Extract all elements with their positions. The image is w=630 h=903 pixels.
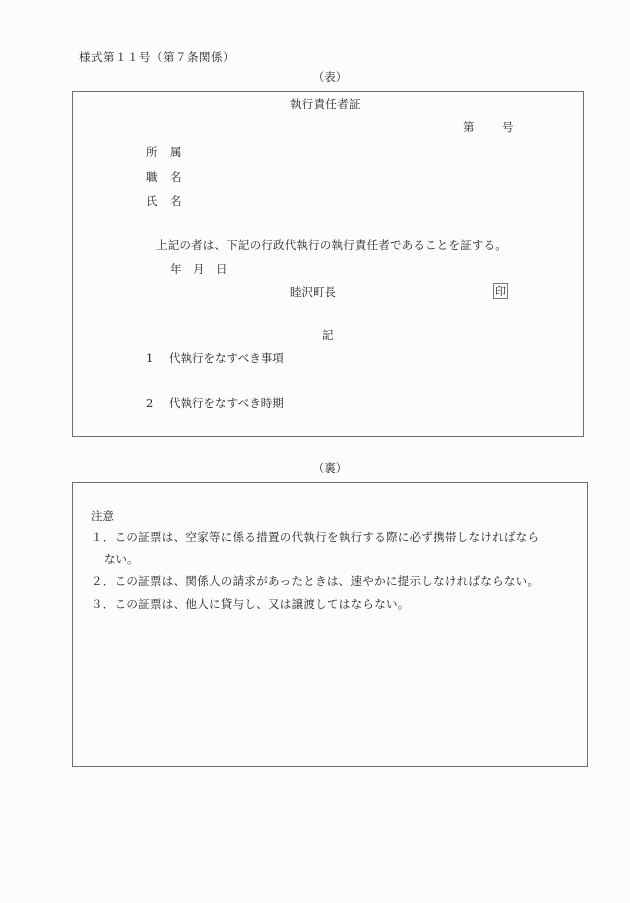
form-number: 様式第１１号（第７条関係） (79, 52, 235, 64)
certificate-number-suffix: 号 (502, 122, 514, 134)
field-full-name-char1: 氏 (146, 196, 170, 208)
field-job-title: 職名 (146, 172, 182, 184)
back-notes-box (72, 482, 588, 767)
front-side-label: （表） (0, 72, 630, 84)
field-job-title-char1: 職 (146, 172, 170, 184)
item-number: 1 (146, 353, 169, 365)
front-certificate-box (72, 91, 584, 437)
item-timing: 2代執行をなすべき時期 (146, 398, 284, 410)
field-job-title-char2: 名 (170, 170, 182, 184)
field-affiliation-char2: 属 (170, 145, 182, 159)
date-day: 日 (216, 264, 239, 276)
note-3: ３．この証票は、他人に貸与し、又は譲渡してはならない。 (91, 599, 410, 611)
certification-statement: 上記の者は、下記の行政代執行の執行責任者であることを証する。 (156, 240, 507, 252)
field-affiliation: 所属 (146, 147, 182, 159)
date-line: 年月日 (170, 264, 239, 276)
note-1: １．この証票は、空家等に係る措置の代執行を執行する際に必ず携帯しなければなら (91, 532, 539, 544)
ki-heading: 記 (322, 330, 334, 342)
date-year: 年 (170, 264, 193, 276)
date-month: 月 (193, 264, 216, 276)
field-full-name-char2: 名 (170, 194, 182, 208)
note-2: ２．この証票は、関係人の請求があったときは、速やかに提示しなければならない。 (91, 576, 539, 588)
item-label: 代執行をなすべき事項 (169, 351, 284, 365)
certificate-title: 執行責任者証 (290, 99, 361, 111)
field-full-name: 氏名 (146, 196, 182, 208)
seal-mark: 印 (493, 283, 508, 299)
note-1-continuation: ない。 (104, 554, 139, 566)
item-matters: 1代執行をなすべき事項 (146, 353, 284, 365)
item-number: 2 (146, 398, 169, 410)
certificate-number-prefix: 第 (463, 122, 475, 134)
item-label: 代執行をなすべき時期 (169, 396, 284, 410)
field-affiliation-char1: 所 (146, 147, 170, 159)
back-side-label: （裏） (0, 463, 630, 475)
notes-title: 注意 (91, 511, 114, 523)
issuer-name: 睦沢町長 (290, 287, 336, 299)
